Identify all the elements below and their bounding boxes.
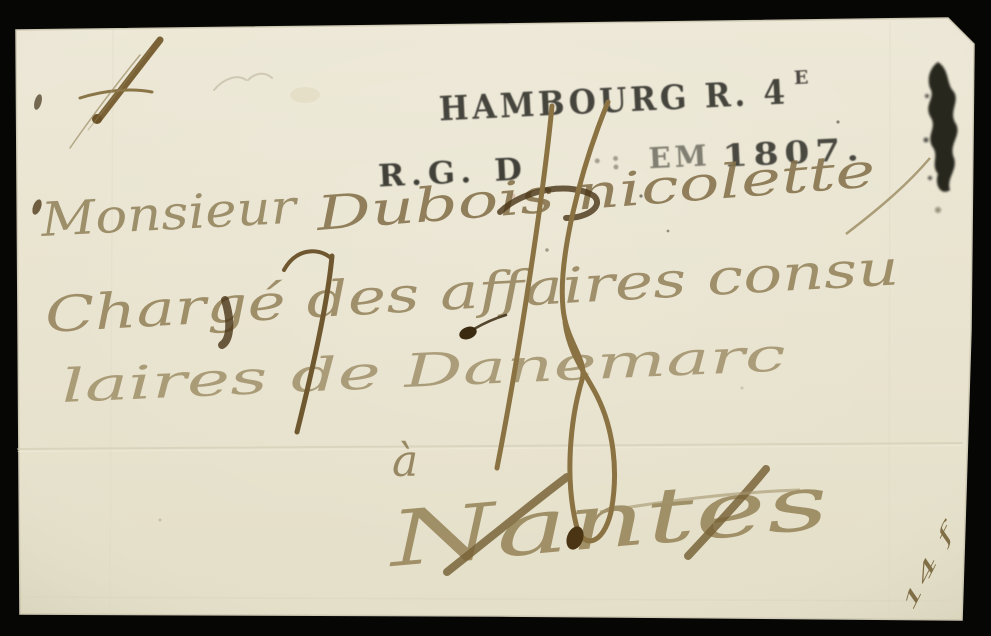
vertical-crease-right <box>889 22 890 618</box>
letter-photo: HAMBOURG R. 4 E R.G. D · : EM 1807. Mons… <box>0 0 991 636</box>
postmark-line1-exponent: E <box>793 66 809 89</box>
photo-frame: HAMBOURG R. 4 E R.G. D · : EM 1807. Mons… <box>0 0 991 636</box>
address-a: à <box>392 436 418 487</box>
